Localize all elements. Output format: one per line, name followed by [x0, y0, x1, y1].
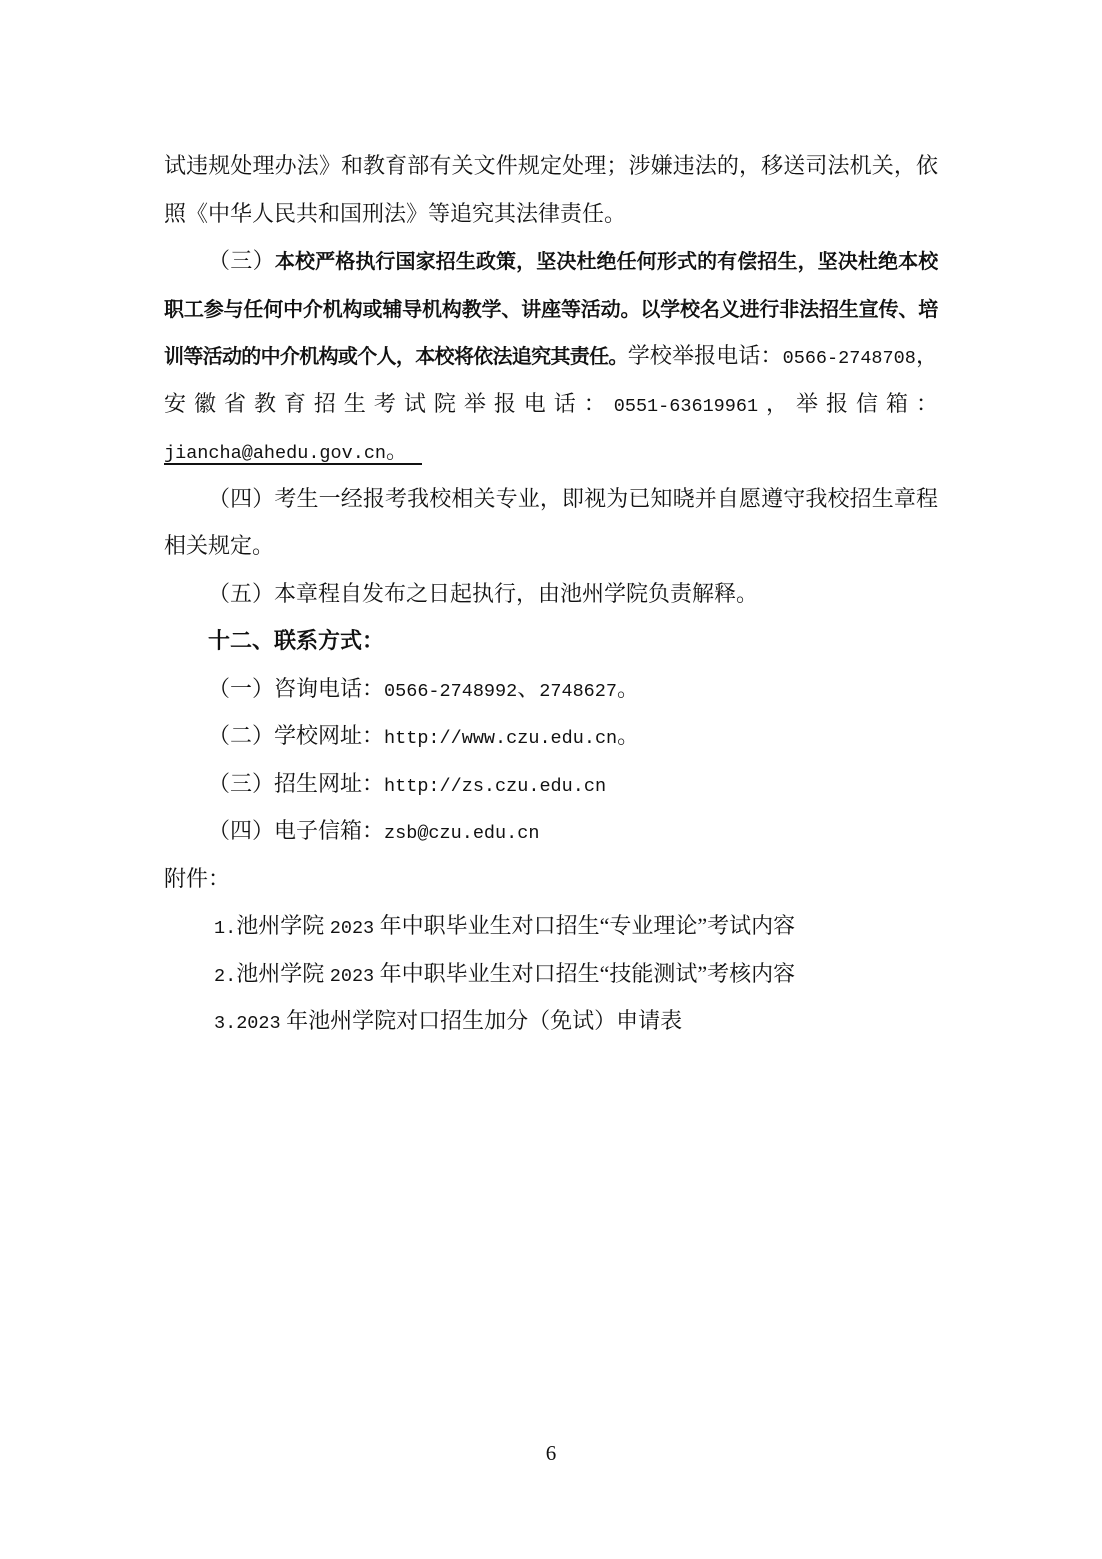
- latin-run: 3.2023: [214, 1013, 281, 1034]
- latin-run: 2023: [330, 918, 374, 939]
- report-email-underlined: jiancha@ahedu.gov.cn。: [164, 438, 422, 465]
- text-segment: （五）本章程自发布之日起执行，由池州学院负责解释。: [208, 581, 758, 606]
- latin-run: 2023: [330, 966, 374, 987]
- text-segment: （二）学校网址：http://www.czu.edu.cn。: [208, 723, 639, 748]
- text-line: 3.2023 年池州学院对口招生加分（免试）申请表: [164, 997, 938, 1045]
- text-line: 职工参与任何中介机构或辅导机构教学、讲座等活动。以学校名义进行非法招生宣传、培: [164, 285, 938, 333]
- text-segment: 安徽省教育招生考试院举报电话：0551-63619961，举报信箱：: [164, 391, 938, 416]
- text-line: （五）本章程自发布之日起执行，由池州学院负责解释。: [164, 570, 938, 618]
- document-body: 试违规处理办法》和教育部有关文件规定处理；涉嫌违法的，移送司法机关，依照《中华人…: [164, 142, 938, 1045]
- text-line: 训等活动的中介机构或个人，本校将依法追究其责任。学校举报电话：0566-2748…: [164, 332, 938, 380]
- latin-run: 1.: [214, 918, 236, 939]
- text-line: 相关规定。: [164, 522, 938, 570]
- latin-run: http://zs.czu.edu.cn: [384, 776, 606, 797]
- text-segment: （三）: [208, 248, 275, 273]
- text-line: jiancha@ahedu.gov.cn。: [164, 427, 938, 475]
- text-line: （三）本校严格执行国家招生政策，坚决杜绝任何形式的有偿招生，坚决杜绝本校教: [164, 237, 938, 285]
- document-page: 试违规处理办法》和教育部有关文件规定处理；涉嫌违法的，移送司法机关，依照《中华人…: [0, 0, 1102, 1559]
- text-line: 1.池州学院 2023 年中职毕业生对口招生“专业理论”考试内容: [164, 902, 938, 950]
- text-segment: 1.池州学院 2023 年中职毕业生对口招生“专业理论”考试内容: [214, 913, 795, 938]
- latin-run: 0551-63619961: [614, 396, 758, 417]
- text-line: 2.池州学院 2023 年中职毕业生对口招生“技能测试”考核内容: [164, 950, 938, 998]
- latin-run: 2.: [214, 966, 236, 987]
- latin-run: 0566-2748992: [384, 681, 517, 702]
- text-line: （一）咨询电话：0566-2748992、2748627。: [164, 665, 938, 713]
- latin-run: 0566-2748708: [783, 348, 916, 369]
- text-line: 试违规处理办法》和教育部有关文件规定处理；涉嫌违法的，移送司法机关，依: [164, 142, 938, 190]
- text-segment: 照《中华人民共和国刑法》等追究其法律责任。: [164, 201, 626, 226]
- text-segment: （四）电子信箱：zsb@czu.edu.cn: [208, 818, 539, 843]
- text-line: 安徽省教育招生考试院举报电话：0551-63619961，举报信箱：: [164, 380, 938, 428]
- page-number: 6: [0, 1441, 1102, 1466]
- text-segment: （一）咨询电话：0566-2748992、2748627。: [208, 676, 639, 701]
- text-segment: 学校举报电话：0566-2748708，: [628, 343, 938, 368]
- latin-run: 2748627: [539, 681, 617, 702]
- latin-run: zsb@czu.edu.cn: [384, 823, 539, 844]
- text-segment: 附件：: [164, 866, 230, 891]
- text-segment: 十二、联系方式：: [208, 628, 384, 653]
- text-segment: 3.2023 年池州学院对口招生加分（免试）申请表: [214, 1008, 682, 1033]
- text-segment: 本校严格执行国家招生政策，坚决杜绝任何形式的有偿招生，坚决杜绝本校教: [164, 251, 938, 285]
- text-segment: 试违规处理办法》和教育部有关文件规定处理；涉嫌违法的，移送司法机关，依: [164, 153, 938, 178]
- text-segment: 相关规定。: [164, 533, 274, 558]
- text-line: （四）考生一经报考我校相关专业，即视为已知晓并自愿遵守我校招生章程: [164, 475, 938, 523]
- latin-run: jiancha@ahedu.gov.cn: [164, 443, 386, 464]
- text-line: 十二、联系方式：: [164, 617, 938, 665]
- text-line: （二）学校网址：http://www.czu.edu.cn。: [164, 712, 938, 760]
- text-line: 照《中华人民共和国刑法》等追究其法律责任。: [164, 190, 938, 238]
- text-line: （三）招生网址：http://zs.czu.edu.cn: [164, 760, 938, 808]
- text-line: （四）电子信箱：zsb@czu.edu.cn: [164, 807, 938, 855]
- text-segment: 职工参与任何中介机构或辅导机构教学、讲座等活动。以学校名义进行非法招生宣传、培: [164, 299, 938, 321]
- text-segment: （三）招生网址：http://zs.czu.edu.cn: [208, 771, 606, 796]
- text-segment: （四）考生一经报考我校相关专业，即视为已知晓并自愿遵守我校招生章程: [208, 486, 938, 511]
- text-segment: 2.池州学院 2023 年中职毕业生对口招生“技能测试”考核内容: [214, 961, 795, 986]
- latin-run: http://www.czu.edu.cn: [384, 728, 617, 749]
- text-line: 附件：: [164, 855, 938, 903]
- text-segment: 训等活动的中介机构或个人，本校将依法追究其责任。: [164, 346, 628, 368]
